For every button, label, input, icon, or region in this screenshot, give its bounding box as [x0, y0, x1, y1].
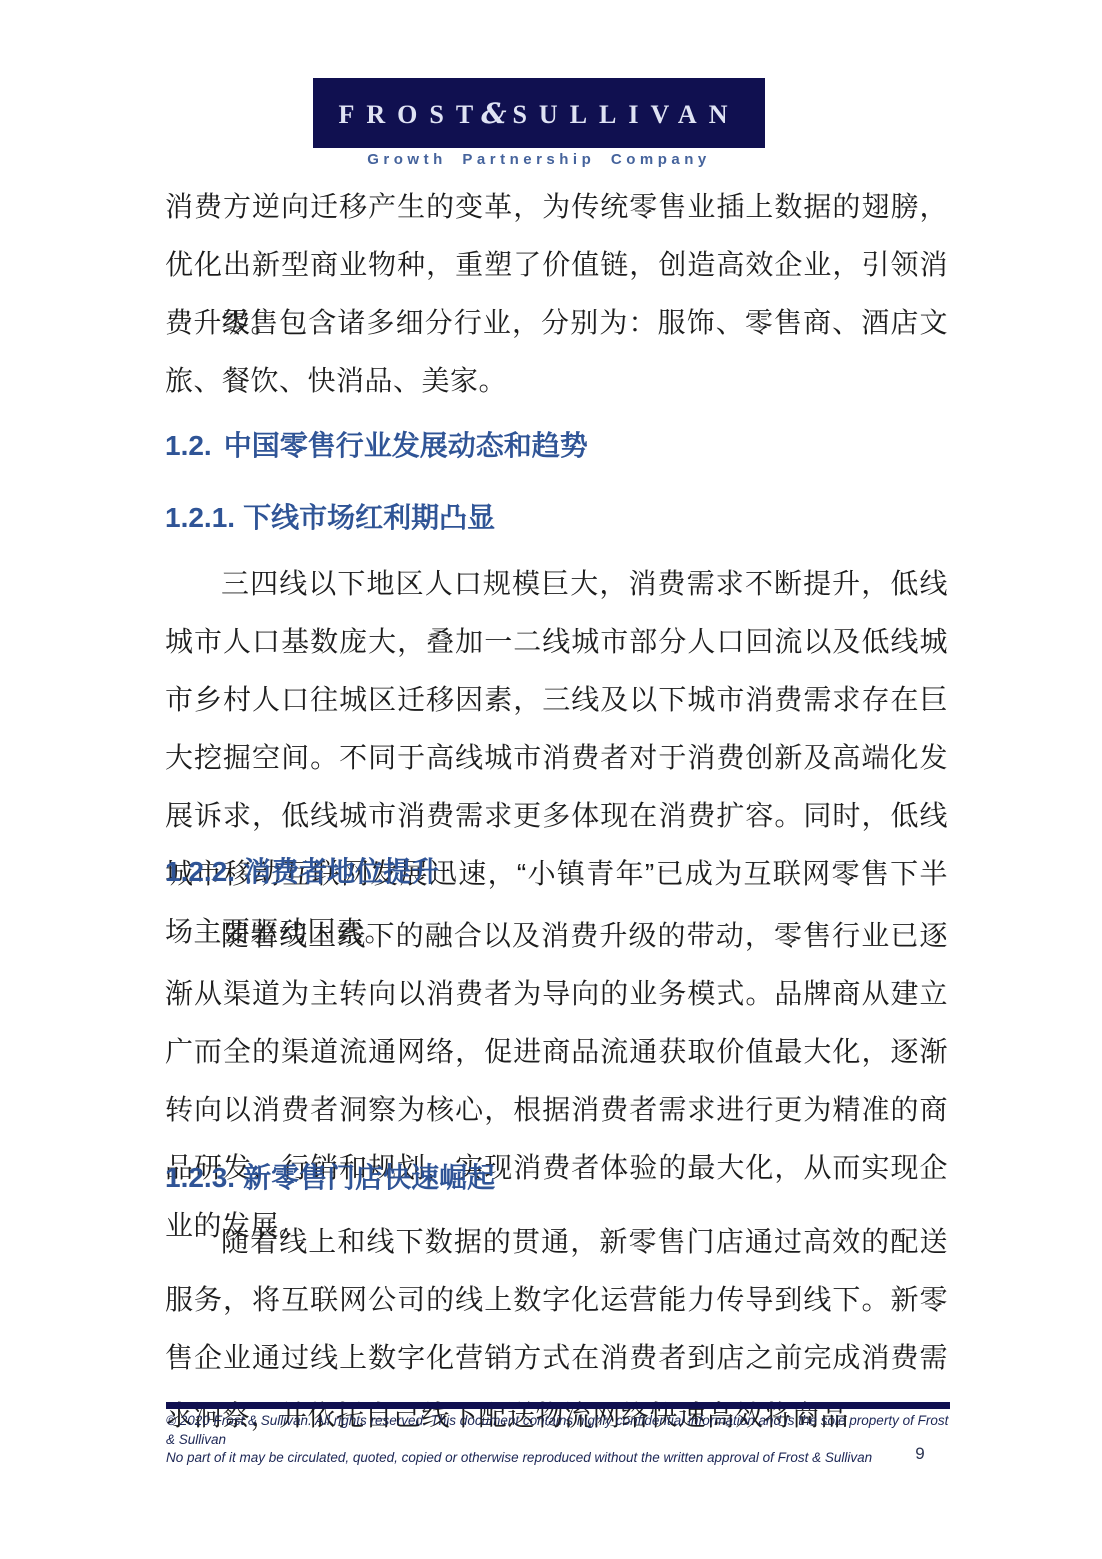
paragraph-new-retail-stores: 随着线上和线下数据的贯通，新零售门店通过高效的配送服务，将互联网公司的线上数字化…	[165, 1213, 948, 1445]
section-number: 1.2.	[165, 430, 212, 461]
footer-copyright: © 2020 Frost & Sullivan. All rights rese…	[166, 1412, 950, 1468]
section-number: 1.2.1.	[165, 502, 235, 533]
section-heading-1-2-2: 1.2.2.消费者地位提升	[165, 854, 948, 890]
section-title: 下线市场红利期凸显	[243, 502, 495, 533]
section-heading-1-2-3: 1.2.3.新零售门店快速崛起	[165, 1160, 948, 1196]
section-title: 消费者地位提升	[243, 856, 439, 887]
page-number: 9	[895, 1444, 945, 1464]
logo-word-frost: FROST	[339, 100, 486, 129]
frost-sullivan-logo: FROST&SULLIVAN	[313, 78, 765, 148]
logo-wordmark: FROST&SULLIVAN	[339, 97, 740, 130]
footer-copyright-line2: No part of it may be circulated, quoted,…	[166, 1450, 872, 1465]
ampersand-glyph: &	[481, 97, 506, 130]
section-title: 中国零售行业发展动态和趋势	[224, 430, 588, 461]
document-page: FROST&SULLIVAN Growth Partnership Compan…	[0, 0, 1102, 1559]
paragraph-lower-tier-market: 三四线以下地区人口规模巨大，消费需求不断提升，低线城市人口基数庞大，叠加一二线城…	[165, 555, 948, 961]
section-heading-1-2: 1.2.中国零售行业发展动态和趋势	[165, 428, 948, 464]
section-number: 1.2.3.	[165, 1162, 235, 1193]
section-number: 1.2.2.	[165, 856, 235, 887]
section-heading-1-2-1: 1.2.1.下线市场红利期凸显	[165, 500, 948, 536]
paragraph-retail-segments: 零售包含诸多细分行业，分别为：服饰、零售商、酒店文旅、餐饮、快消品、美家。	[165, 294, 948, 410]
footer-copyright-line1: © 2020 Frost & Sullivan. All rights rese…	[166, 1413, 948, 1447]
logo-tagline: Growth Partnership Company	[293, 151, 785, 168]
section-title: 新零售门店快速崛起	[243, 1162, 495, 1193]
logo-word-sullivan: SULLIVAN	[512, 100, 739, 129]
footer-divider	[166, 1402, 950, 1409]
paragraph-consumer-status: 随着线上线下的融合以及消费升级的带动，零售行业已逐渐从渠道为主转向以消费者为导向…	[165, 907, 948, 1255]
